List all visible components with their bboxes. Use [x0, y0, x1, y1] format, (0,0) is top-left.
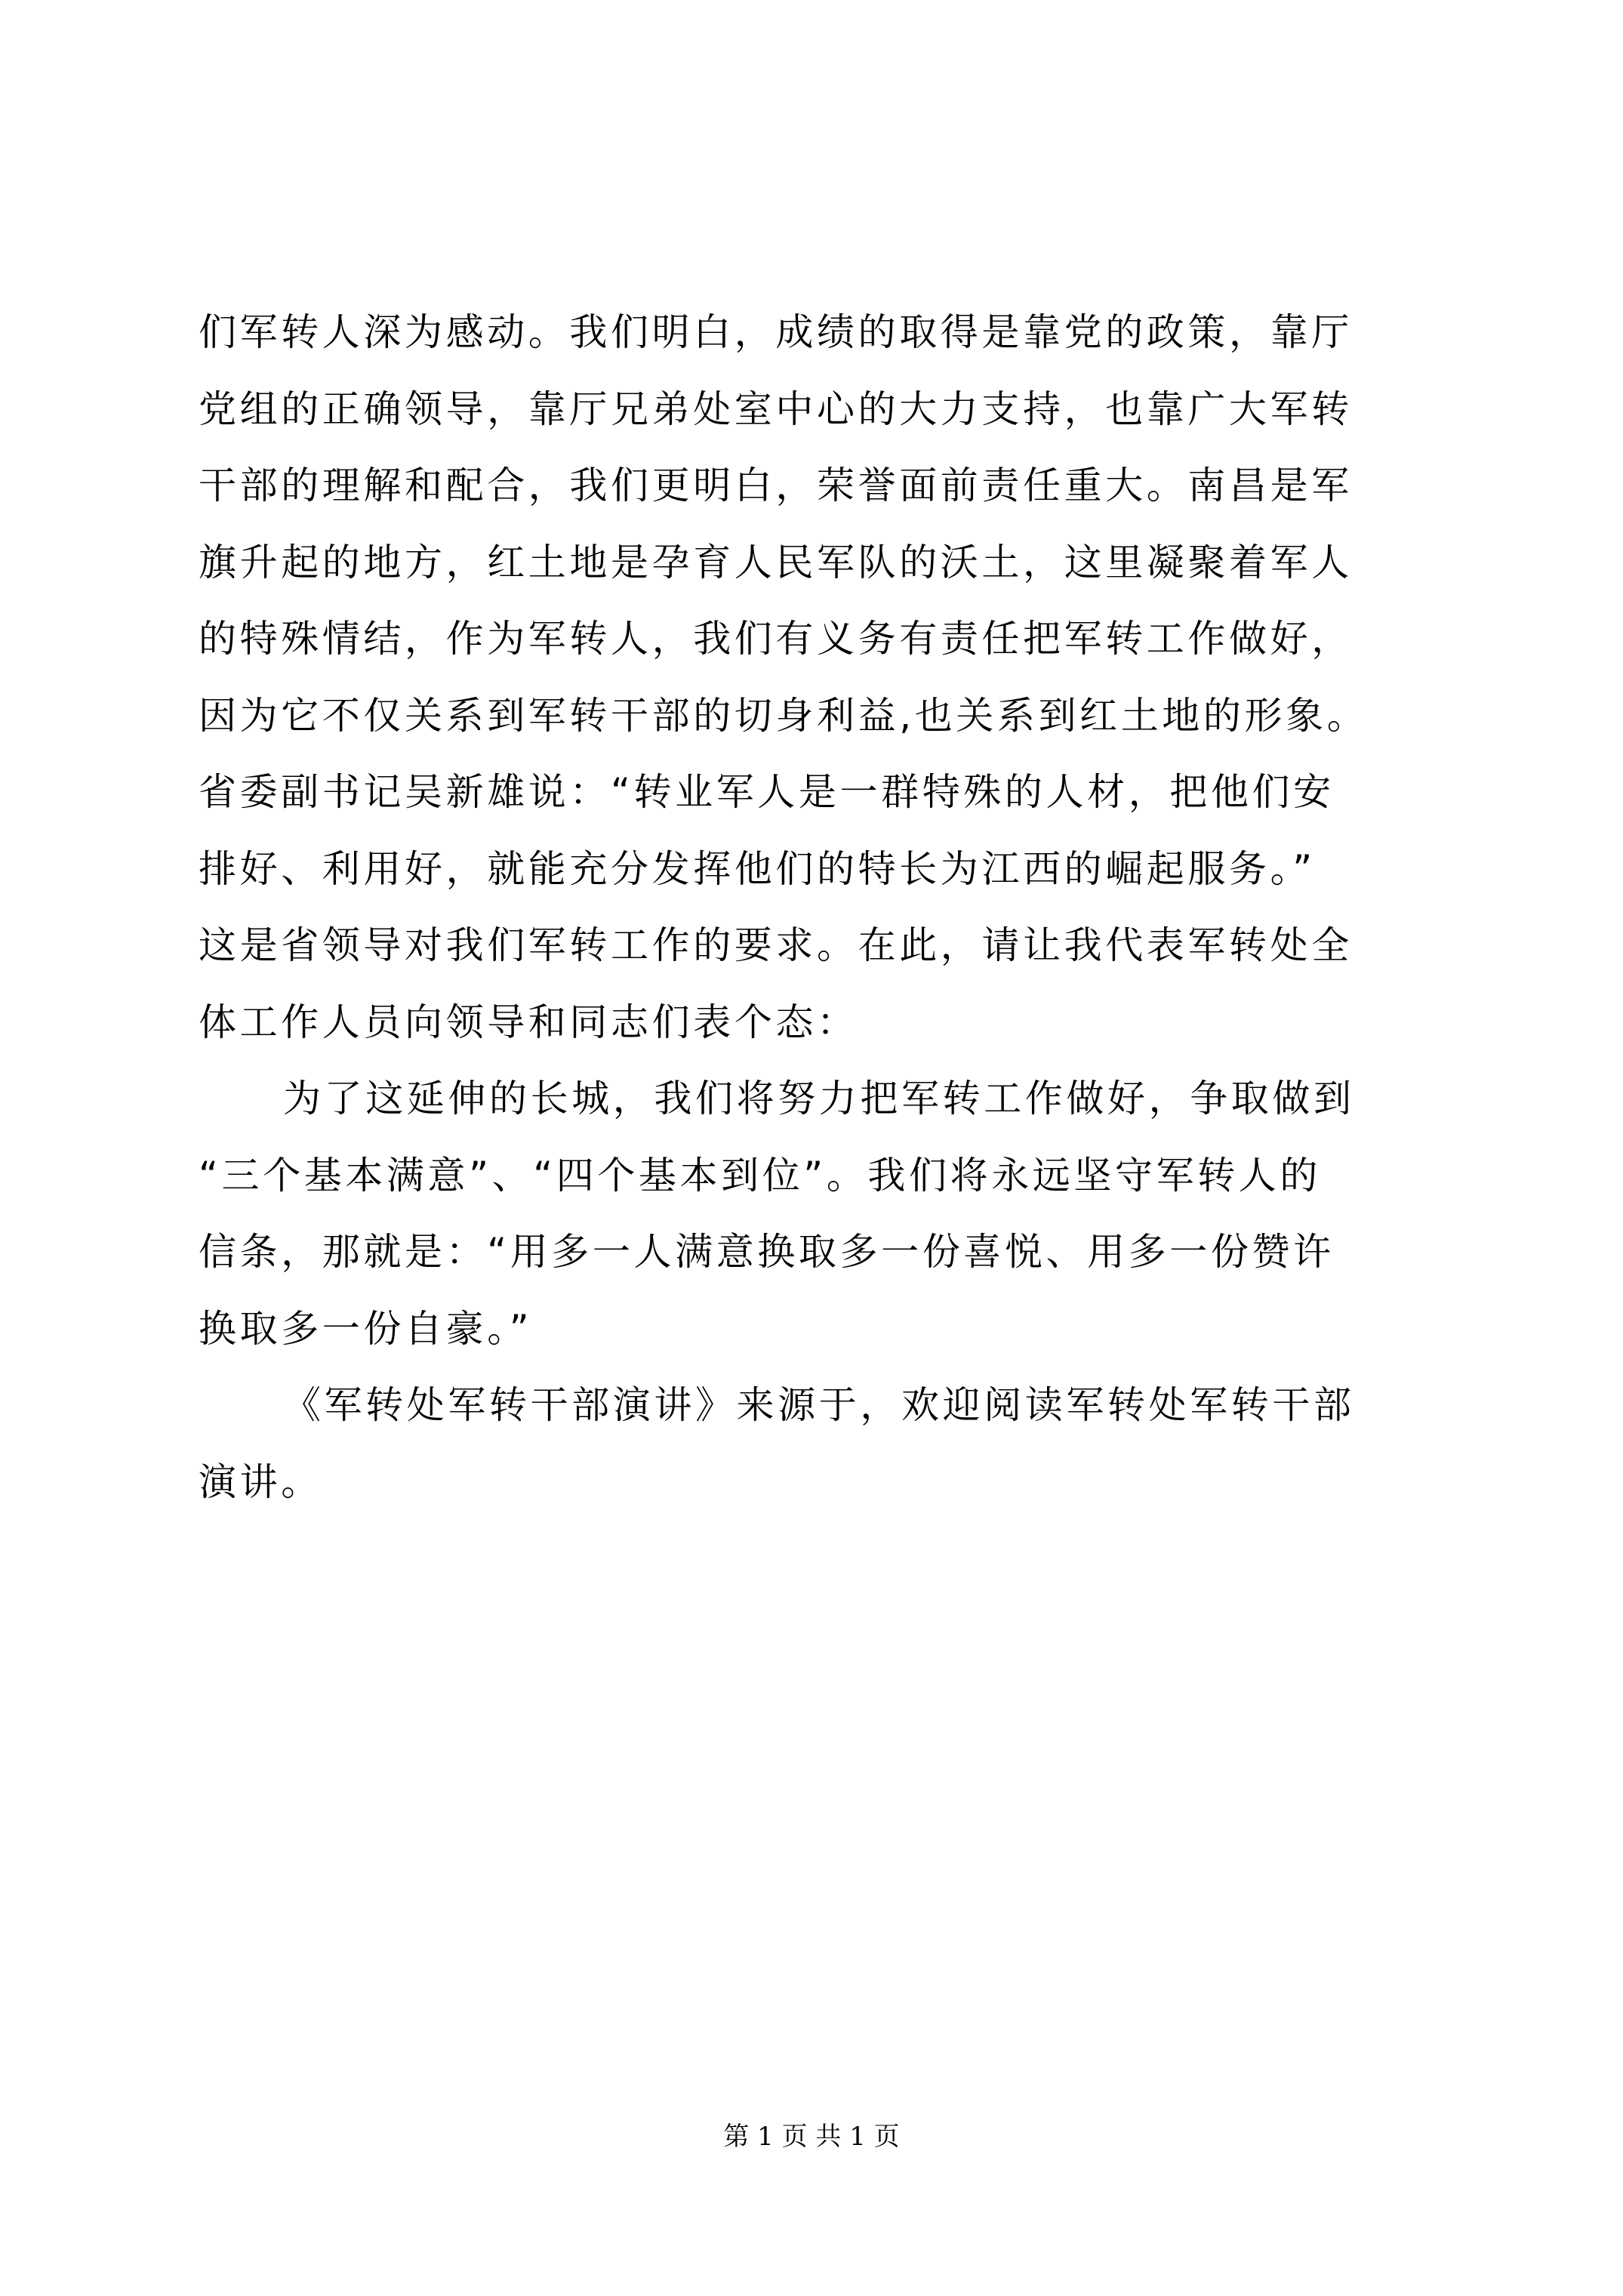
text-line: 党组的正确领导，靠厅兄弟处室中心的大力支持，也靠广大军转: [199, 371, 1429, 448]
text-line: 们军转人深为感动。我们明白，成绩的取得是靠党的政策，靠厅: [199, 294, 1429, 371]
text-line: “三个基本满意”、“四个基本到位”。我们将永远坚守军转人的: [199, 1138, 1429, 1215]
text-line: 省委副书记吴新雄说：“转业军人是一群特殊的人材，把他们安: [199, 754, 1429, 831]
text-line: 换取多一份自豪。”: [199, 1291, 1429, 1368]
text-line: 干部的理解和配合，我们更明白，荣誉面前责任重大。南昌是军: [199, 448, 1429, 525]
text-line: 演讲。: [199, 1444, 1429, 1521]
page-footer: 第 1 页 共 1 页: [0, 2114, 1623, 2159]
text-line: 的特殊情结，作为军转人，我们有义务有责任把军转工作做好，: [199, 601, 1429, 678]
text-line: 旗升起的地方，红土地是孕育人民军队的沃土，这里凝聚着军人: [199, 525, 1429, 602]
paragraph: 们军转人深为感动。我们明白，成绩的取得是靠党的政策，靠厅 党组的正确领导，靠厅兄…: [199, 294, 1429, 1061]
text-line-indented: 《军转处军转干部演讲》来源于，欢迎阅读军转处军转干部: [199, 1367, 1429, 1444]
text-line: 排好、利用好，就能充分发挥他们的特长为江西的崛起服务。”: [199, 831, 1429, 908]
paragraph: 为了这延伸的长城，我们将努力把军转工作做好，争取做到 “三个基本满意”、“四个基…: [199, 1061, 1429, 1367]
text-line-indented: 为了这延伸的长城，我们将努力把军转工作做好，争取做到: [199, 1061, 1429, 1138]
text-line: 因为它不仅关系到军转干部的切身利益,也关系到红土地的形象。: [199, 678, 1429, 755]
page-number-label: 第 1 页 共 1 页: [723, 2122, 899, 2152]
text-line: 体工作人员向领导和同志们表个态：: [199, 985, 1429, 1062]
paragraph: 《军转处军转干部演讲》来源于，欢迎阅读军转处军转干部 演讲。: [199, 1367, 1429, 1521]
text-line: 信条，那就是：“用多一人满意换取多一份喜悦、用多一份赞许: [199, 1214, 1429, 1291]
document-page: 们军转人深为感动。我们明白，成绩的取得是靠党的政策，靠厅 党组的正确领导，靠厅兄…: [0, 0, 1623, 2296]
text-line: 这是省领导对我们军转工作的要求。在此，请让我代表军转处全: [199, 908, 1429, 985]
document-body: 们军转人深为感动。我们明白，成绩的取得是靠党的政策，靠厅 党组的正确领导，靠厅兄…: [199, 294, 1429, 1521]
